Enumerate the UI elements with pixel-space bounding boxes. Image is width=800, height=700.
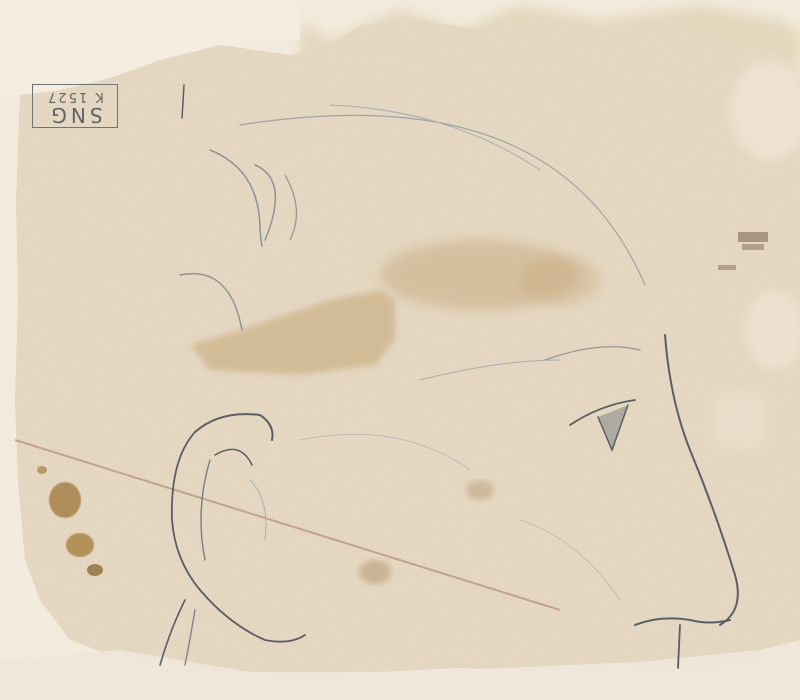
drawing-artwork: SNG K 1527 bbox=[0, 0, 800, 700]
stamp-code: SNG bbox=[33, 105, 117, 125]
collection-stamp: SNG K 1527 bbox=[32, 84, 118, 128]
stamp-inventory-number: K 1527 bbox=[33, 90, 117, 103]
drawing-canvas bbox=[0, 0, 800, 700]
